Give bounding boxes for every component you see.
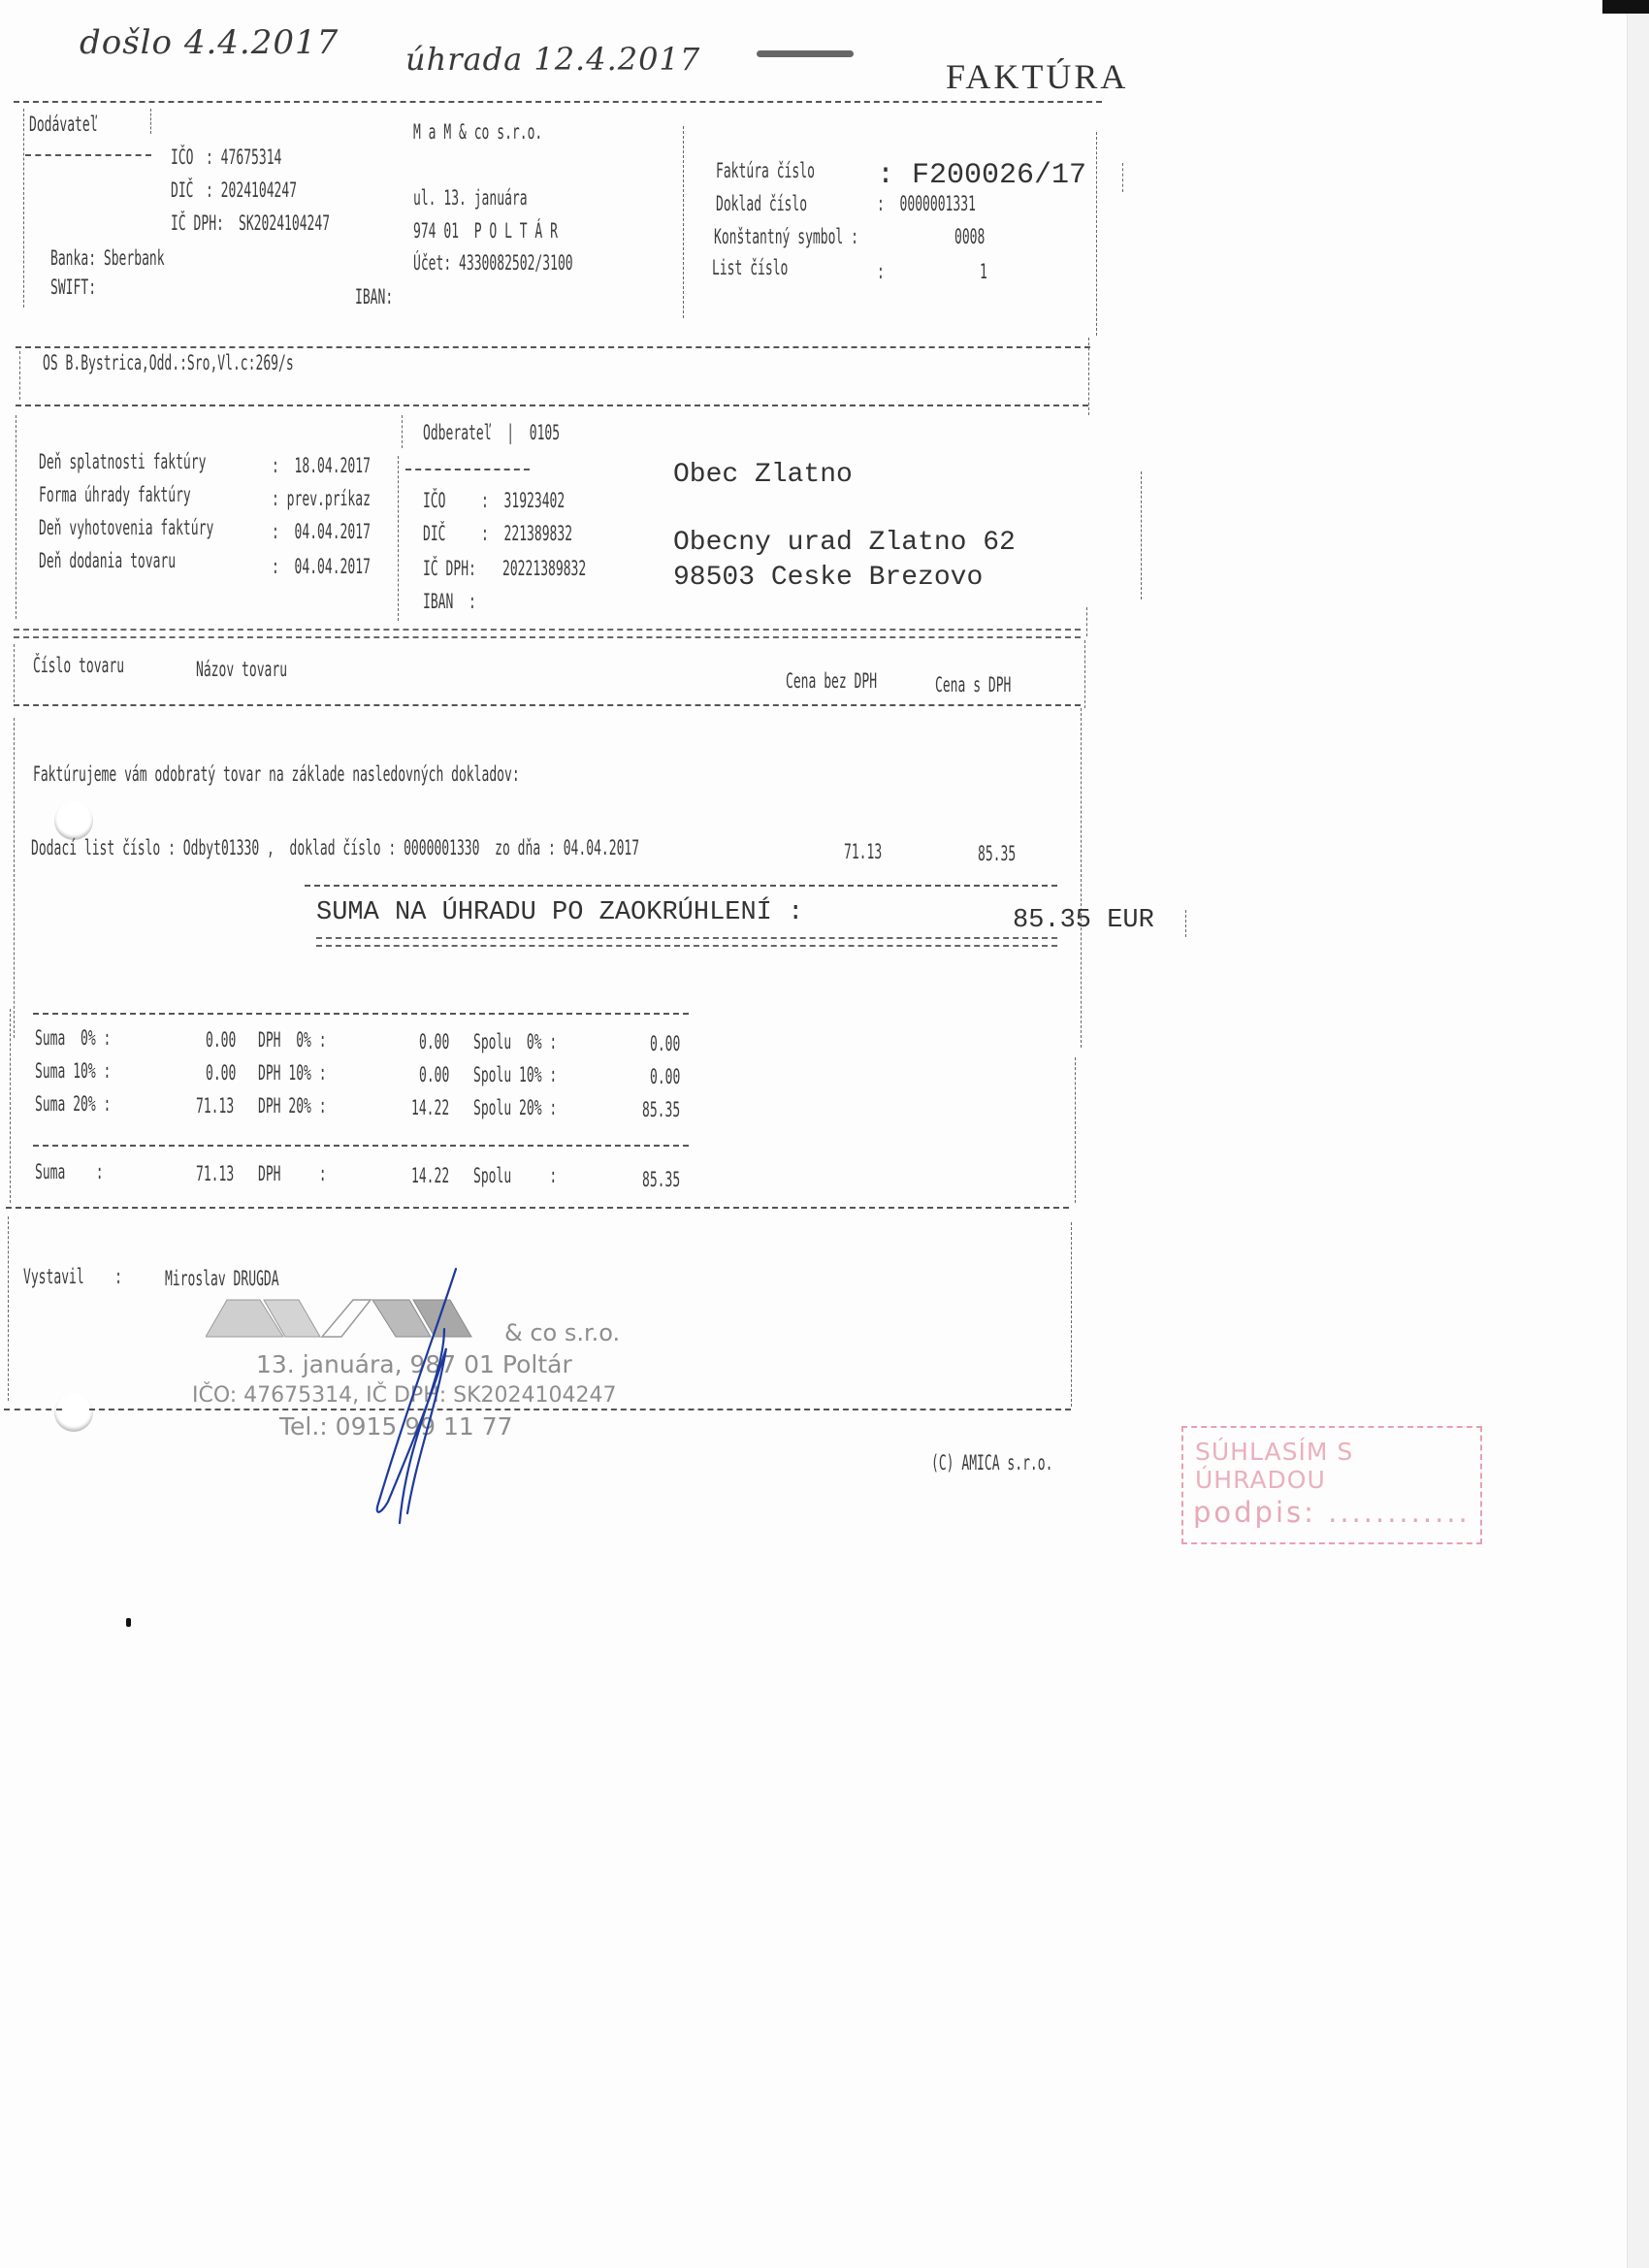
- customer-icdph: 20221389832: [502, 557, 586, 580]
- column-header-price-with-vat: Cena s DPH: [935, 673, 1011, 697]
- customer-iban-label: IBAN :: [423, 590, 476, 613]
- sheet-number: 1: [980, 260, 987, 283]
- sheet-colon: :: [877, 260, 885, 283]
- const-symbol-label: Konštantný symbol :: [714, 225, 858, 248]
- supplier-street: ul. 13. januára: [413, 186, 528, 210]
- supplier-ico-label: IČO: [171, 146, 194, 169]
- divider: [14, 704, 1081, 706]
- delivery-note-reference: Dodací list číslo : Odbyt01330 , doklad …: [31, 836, 639, 859]
- scanner-edge: [1627, 0, 1649, 2268]
- vat-total-base: 71.13: [196, 1162, 234, 1185]
- vat-row-base: 0.00: [206, 1028, 236, 1052]
- divider: [33, 1013, 689, 1015]
- frame-divider: [398, 456, 399, 621]
- punch-hole: [54, 1393, 93, 1432]
- delivery-date: : 04.04.2017: [272, 555, 371, 578]
- vat-row-base-label: Suma 10% :: [35, 1059, 111, 1083]
- document-title: FAKTÚRA: [946, 56, 1128, 97]
- divider: [14, 101, 1102, 103]
- vat-row-total: 0.00: [650, 1065, 680, 1088]
- frame-divider: [150, 109, 151, 134]
- const-symbol: 0008: [954, 225, 985, 248]
- items-intro-text: Faktúrujeme vám odobratý tovar na základ…: [33, 762, 520, 786]
- due-date: : 18.04.2017: [272, 454, 371, 477]
- ink-speck: [126, 1618, 131, 1627]
- customer-heading: Odberateľ | 0105: [423, 421, 560, 444]
- vat-row-base-label: Suma 20% :: [35, 1092, 111, 1116]
- frame-right: [1096, 132, 1097, 336]
- supplier-heading: Dodávateľ: [29, 113, 98, 136]
- frame-left: [16, 415, 16, 619]
- customer-address-line2: 98503 Ceske Brezovo: [673, 563, 983, 593]
- delivery-date-label: Deň dodania tovaru: [39, 549, 176, 572]
- supplier-icdph-label: IČ DPH:: [171, 211, 224, 235]
- vat-row-total-label: Spolu 10% :: [473, 1063, 557, 1086]
- frame-right: [1086, 607, 1087, 636]
- divider: [33, 1145, 689, 1147]
- approval-stamp-title: SÚHLASÍM S ÚHRADOU: [1195, 1438, 1480, 1494]
- frame-right: [1088, 338, 1089, 415]
- approval-stamp: SÚHLASÍM S ÚHRADOU podpis: ............: [1181, 1426, 1482, 1544]
- frame-left: [19, 351, 20, 400]
- software-copyright: (C) AMICA s.r.o.: [931, 1451, 1052, 1474]
- vat-row-total: 0.00: [650, 1032, 680, 1055]
- frame-left: [8, 1216, 9, 1401]
- customer-icdph-label: IČ DPH:: [423, 557, 476, 580]
- divider: [25, 154, 151, 156]
- due-date-label: Deň splatnosti faktúry: [39, 450, 206, 473]
- handwritten-paid-date: úhrada 12.4.2017: [405, 41, 700, 78]
- vat-row-base: 0.00: [206, 1061, 236, 1085]
- customer-dic: : 221389832: [481, 522, 572, 545]
- divider: [405, 469, 530, 470]
- supplier-city: 974 01 P O L T Á R: [413, 219, 558, 243]
- signature-icon: [339, 1261, 466, 1533]
- sheet-number-label: List číslo: [712, 256, 788, 279]
- issue-date: : 04.04.2017: [272, 520, 371, 543]
- row-price-without-vat: 71.13: [844, 840, 882, 863]
- column-header-price-without-vat: Cena bez DPH: [786, 669, 877, 693]
- doc-number-label: Doklad číslo: [716, 192, 807, 215]
- frame-right: [1075, 1057, 1076, 1203]
- invoice-number-label: Faktúra číslo: [716, 159, 815, 182]
- column-header-item-number: Číslo tovaru: [33, 654, 124, 677]
- divider: [89, 1409, 1071, 1410]
- vat-row-vat-label: DPH 20% :: [258, 1094, 327, 1118]
- divider: [14, 636, 1081, 638]
- frame-divider: [683, 126, 684, 318]
- supplier-name: M a M & co s.r.o.: [413, 120, 542, 144]
- invoice-number: : F200026/17: [877, 159, 1086, 192]
- frame-right: [1084, 640, 1085, 708]
- frame-mark: [1141, 471, 1142, 599]
- payment-method-label: Forma úhrady faktúry: [39, 483, 191, 506]
- vat-total-total: 85.35: [642, 1168, 680, 1191]
- supplier-account: Účet: 4330082502/3100: [413, 251, 573, 275]
- supplier-iban-label: IBAN:: [355, 285, 393, 308]
- customer-ico-label: IČO: [423, 489, 446, 512]
- supplier-registration: OS B.Bystrica,Odd.:Sro,Vl.c:269/s: [43, 351, 294, 374]
- customer-ico: : 31923402: [481, 489, 565, 512]
- column-header-item-name: Názov tovaru: [196, 658, 287, 681]
- vat-row-base-label: Suma 0% :: [35, 1026, 111, 1050]
- divider: [14, 629, 1081, 631]
- vat-total-base-label: Suma :: [35, 1160, 104, 1183]
- vat-row-vat-label: DPH 10% :: [258, 1061, 327, 1085]
- vat-row-vat: 14.22: [411, 1096, 449, 1119]
- frame-mark: [1122, 163, 1123, 192]
- divider: [6, 1207, 1069, 1209]
- punch-hole: [54, 801, 93, 840]
- approval-stamp-signature-line: podpis: ............: [1193, 1496, 1471, 1529]
- vat-total-vat-label: DPH :: [258, 1162, 327, 1185]
- frame-left: [23, 109, 24, 308]
- supplier-swift-label: SWIFT:: [50, 275, 96, 299]
- vat-row-vat-label: DPH 0% :: [258, 1028, 327, 1052]
- vat-total-total-label: Spolu :: [473, 1164, 557, 1187]
- frame-left: [14, 718, 15, 1038]
- customer-name: Obec Zlatno: [673, 460, 853, 490]
- row-price-with-vat: 85.35: [978, 842, 1016, 865]
- vat-row-base: 71.13: [196, 1094, 234, 1118]
- divider: [4, 1409, 62, 1410]
- supplier-ico: : 47675314: [206, 146, 281, 169]
- frame-divider: [402, 415, 403, 448]
- vat-row-total-label: Spolu 0% :: [473, 1030, 557, 1053]
- vat-row-total: 85.35: [642, 1098, 680, 1121]
- scanner-corner: [1602, 0, 1649, 14]
- divider: [305, 885, 1057, 887]
- frame-left: [14, 644, 15, 702]
- company-stamp-suffix: & co s.r.o.: [504, 1319, 620, 1346]
- supplier-icdph: SK2024104247: [239, 211, 330, 235]
- divider: [16, 405, 1088, 406]
- handwritten-received-date: došlo 4.4.2017: [80, 23, 339, 62]
- vat-row-vat: 0.00: [419, 1063, 449, 1086]
- vat-row-total-label: Spolu 20% :: [473, 1096, 557, 1119]
- frame-right: [1071, 1222, 1072, 1407]
- issue-date-label: Deň vyhotovenia faktúry: [39, 516, 213, 539]
- doc-number: : 0000001331: [877, 192, 976, 215]
- issued-by-label: Vystavil :: [23, 1265, 122, 1288]
- frame-mark: [1185, 910, 1186, 937]
- total-due-label: SUMA NA ÚHRADU PO ZAOKRÚHLENÍ :: [316, 898, 803, 927]
- customer-address-line1: Obecny urad Zlatno 62: [673, 528, 1016, 558]
- supplier-bank: Banka: Sberbank: [50, 246, 165, 270]
- supplier-dic-label: DIČ: [171, 178, 194, 202]
- frame-right: [1081, 708, 1082, 1048]
- divider: [16, 346, 1090, 348]
- payment-method: : prev.príkaz: [272, 487, 371, 510]
- issued-by-name: Miroslav DRUGDA: [165, 1267, 279, 1290]
- divider: [316, 937, 1057, 939]
- supplier-dic: : 2024104247: [206, 178, 297, 202]
- frame-left: [10, 1009, 11, 1203]
- vat-total-vat: 14.22: [411, 1164, 449, 1187]
- vat-row-vat: 0.00: [419, 1030, 449, 1053]
- divider: [316, 945, 1057, 947]
- customer-dic-label: DIČ: [423, 522, 446, 545]
- staple-mark: [757, 50, 854, 57]
- total-due-amount: 85.35 EUR: [1013, 906, 1154, 935]
